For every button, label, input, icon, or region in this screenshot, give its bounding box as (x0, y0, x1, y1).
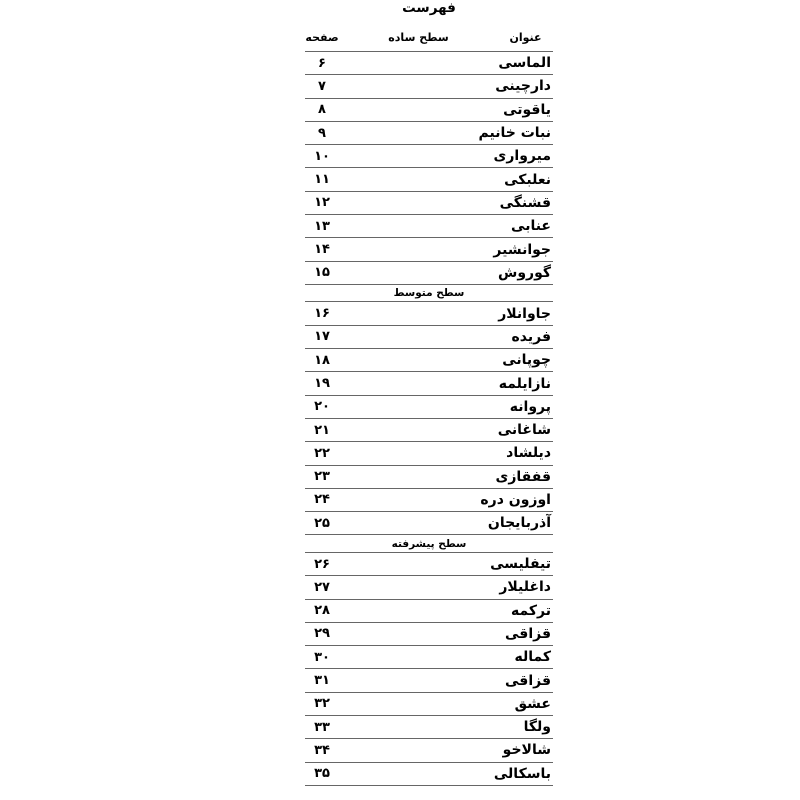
toc-entry-title: ترکمه (339, 603, 553, 619)
toc-row: شاغانی۲۱ (305, 419, 553, 442)
toc-entry-page: ۱۹ (305, 376, 339, 391)
toc-row: عشق۳۲ (305, 693, 553, 716)
toc-entry-page: ۳۲ (305, 696, 339, 711)
toc-entry-title: اوزون دره (339, 492, 553, 508)
column-header-title: عنوان (498, 31, 553, 44)
toc-entry-page: ۱۸ (305, 353, 339, 368)
toc-row: قفقازی۲۳ (305, 466, 553, 489)
toc-entry-title: آذربایجان (339, 515, 553, 531)
toc-entry-title: چوپانی (339, 352, 553, 368)
toc-entry-title: عشق (339, 696, 553, 712)
toc-entry-title: شاغانی (339, 422, 553, 438)
toc-row: جاوانلار۱۶ (305, 302, 553, 325)
toc-entry-page: ۹ (305, 126, 339, 141)
section-label: سطح متوسط (305, 285, 553, 303)
toc-entry-title: ولگا (339, 719, 553, 735)
toc-entry-page: ۳۱ (305, 673, 339, 688)
toc-entry-title: یاقوتی (339, 102, 553, 118)
toc-entry-title: میرواری (339, 148, 553, 164)
toc-entry-title: شالاخو (339, 742, 553, 758)
toc-entry-page: ۱۱ (305, 172, 339, 187)
toc-entry-page: ۳۰ (305, 650, 339, 665)
toc-entry-page: ۱۵ (305, 265, 339, 280)
toc-entry-page: ۲۸ (305, 603, 339, 618)
toc-row: باسکالی۳۵ (305, 763, 553, 786)
toc-entry-page: ۲۳ (305, 469, 339, 484)
section-label-simple-level: سطح ساده (339, 31, 498, 44)
toc-entry-page: ۲۱ (305, 423, 339, 438)
toc-entry-title: قزاقی (339, 673, 553, 689)
toc-row: قشنگی۱۲ (305, 192, 553, 215)
table-header-row: عنوان سطح ساده صفحه (305, 17, 553, 52)
toc-entry-title: جوانشیر (339, 242, 553, 258)
toc-entry-page: ۱۶ (305, 306, 339, 321)
toc-row: نبات خانیم۹ (305, 122, 553, 145)
section-label: سطح پیشرفته (305, 535, 553, 553)
toc-entry-page: ۳۳ (305, 720, 339, 735)
toc-entry-page: ۶ (305, 56, 339, 71)
toc-row: پروانه۲۰ (305, 396, 553, 419)
toc-entry-page: ۳۴ (305, 743, 339, 758)
toc-row: قزاقی۳۱ (305, 669, 553, 692)
toc-entry-title: نعلبکی (339, 172, 553, 188)
toc-entry-page: ۳۵ (305, 766, 339, 781)
toc-row: عنابی۱۳ (305, 215, 553, 238)
toc-entry-title: باسکالی (339, 766, 553, 782)
toc-entry-page: ۱۲ (305, 195, 339, 210)
toc-entry-title: قفقازی (339, 469, 553, 485)
page-title: فهرست (305, 0, 553, 17)
toc-entry-page: ۷ (305, 79, 339, 94)
toc-row: میرواری۱۰ (305, 145, 553, 168)
toc-entry-page: ۱۷ (305, 329, 339, 344)
toc-row: داغلیلار۲۷ (305, 576, 553, 599)
toc-entry-title: دیلشاد (339, 445, 553, 461)
toc-entry-page: ۲۹ (305, 626, 339, 641)
toc-row: تیفلیسی۲۶ (305, 553, 553, 576)
toc-row: نازایلمه۱۹ (305, 372, 553, 395)
toc-row: الماسی۶ (305, 52, 553, 75)
toc-row: گوروش۱۵ (305, 262, 553, 285)
toc-entry-title: کماله (339, 649, 553, 665)
toc-row: نعلبکی۱۱ (305, 168, 553, 191)
table-body: الماسی۶دارچینی۷یاقوتی۸نبات خانیم۹میرواری… (305, 52, 553, 786)
toc-row: دارچینی۷ (305, 75, 553, 98)
toc-entry-title: قزاقی (339, 626, 553, 642)
toc-entry-title: قشنگی (339, 195, 553, 211)
toc-entry-page: ۲۵ (305, 516, 339, 531)
toc-entry-title: پروانه (339, 399, 553, 415)
toc-row: فریده۱۷ (305, 326, 553, 349)
toc-entry-page: ۲۰ (305, 399, 339, 414)
toc-row: آذربایجان۲۵ (305, 512, 553, 535)
toc-entry-page: ۱۰ (305, 149, 339, 164)
toc-entry-title: نبات خانیم (339, 125, 553, 141)
toc-entry-title: جاوانلار (339, 306, 553, 322)
toc-entry-title: الماسی (339, 55, 553, 71)
toc-entry-title: داغلیلار (339, 579, 553, 595)
toc-entry-page: ۱۴ (305, 242, 339, 257)
toc-row: ولگا۳۳ (305, 716, 553, 739)
toc-row: دیلشاد۲۲ (305, 442, 553, 465)
column-header-page: صفحه (305, 31, 339, 44)
section-label-text: سطح پیشرفته (392, 538, 467, 550)
toc-row: شالاخو۳۴ (305, 739, 553, 762)
toc-row: ترکمه۲۸ (305, 600, 553, 623)
toc-entry-title: عنابی (339, 218, 553, 234)
toc-row: قزاقی۲۹ (305, 623, 553, 646)
toc-row: جوانشیر۱۴ (305, 238, 553, 261)
toc-row: چوپانی۱۸ (305, 349, 553, 372)
toc-row: یاقوتی۸ (305, 99, 553, 122)
toc-entry-title: فریده (339, 329, 553, 345)
toc-entry-title: نازایلمه (339, 376, 553, 392)
toc-row: کماله۳۰ (305, 646, 553, 669)
section-label-text: سطح متوسط (394, 287, 465, 299)
toc-entry-page: ۱۳ (305, 219, 339, 234)
toc-entry-page: ۲۲ (305, 446, 339, 461)
toc-entry-page: ۲۷ (305, 580, 339, 595)
toc-entry-page: ۲۴ (305, 492, 339, 507)
toc-entry-page: ۲۶ (305, 557, 339, 572)
toc-entry-page: ۸ (305, 102, 339, 117)
toc-entry-title: تیفلیسی (339, 556, 553, 572)
table-of-contents: فهرست عنوان سطح ساده صفحه الماسی۶دارچینی… (305, 0, 553, 786)
toc-entry-title: دارچینی (339, 78, 553, 94)
toc-row: اوزون دره۲۴ (305, 489, 553, 512)
toc-entry-title: گوروش (339, 265, 553, 281)
